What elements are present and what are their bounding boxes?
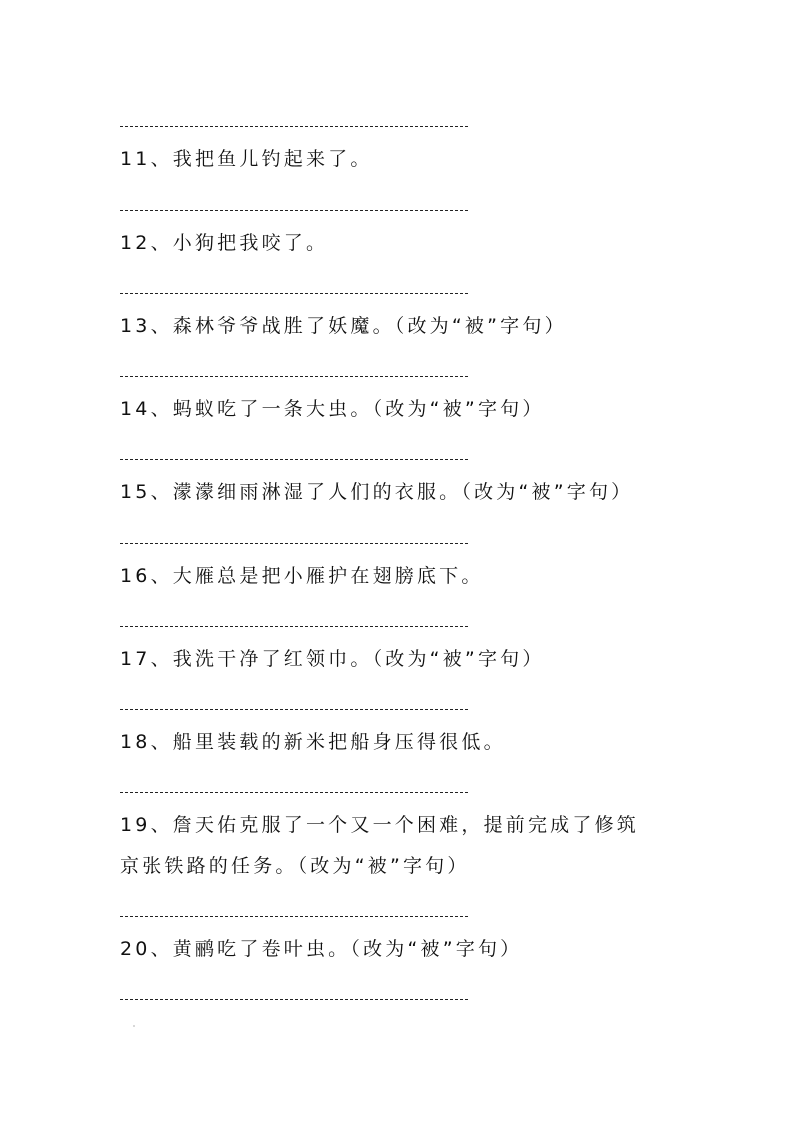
- question-18: 18、船里装载的新米把船身压得很低。: [120, 722, 506, 763]
- answer-line[interactable]: [120, 293, 468, 294]
- answer-line[interactable]: [120, 626, 468, 627]
- speck-mark: [133, 1025, 135, 1027]
- question-13: 13、森林爷爷战胜了妖魔。（改为“被”字句）: [120, 306, 567, 347]
- question-19-continued: 京张铁路的任务。（改为“被”字句）: [120, 846, 470, 887]
- answer-line[interactable]: [120, 792, 468, 793]
- question-14: 14、蚂蚁吃了一条大虫。（改为“被”字句）: [120, 389, 545, 430]
- answer-line[interactable]: [120, 210, 468, 211]
- answer-line[interactable]: [120, 543, 468, 544]
- answer-line[interactable]: [120, 126, 468, 127]
- answer-line[interactable]: [120, 709, 468, 710]
- question-19: 19、詹天佑克服了一个又一个困难，提前完成了修筑: [120, 805, 639, 846]
- answer-line[interactable]: [120, 376, 468, 377]
- answer-line[interactable]: [120, 999, 468, 1000]
- question-20: 20、黄鹂吃了卷叶虫。（改为“被”字句）: [120, 929, 522, 970]
- question-16: 16、大雁总是把小雁护在翅膀底下。: [120, 556, 484, 597]
- question-11: 11、我把鱼儿钓起来了。: [120, 139, 373, 180]
- answer-line[interactable]: [120, 916, 468, 917]
- question-15: 15、濛濛细雨淋湿了人们的衣服。（改为“被”字句）: [120, 472, 633, 513]
- answer-line[interactable]: [120, 459, 468, 460]
- question-17: 17、我洗干净了红领巾。（改为“被”字句）: [120, 639, 545, 680]
- question-12: 12、小狗把我咬了。: [120, 223, 328, 264]
